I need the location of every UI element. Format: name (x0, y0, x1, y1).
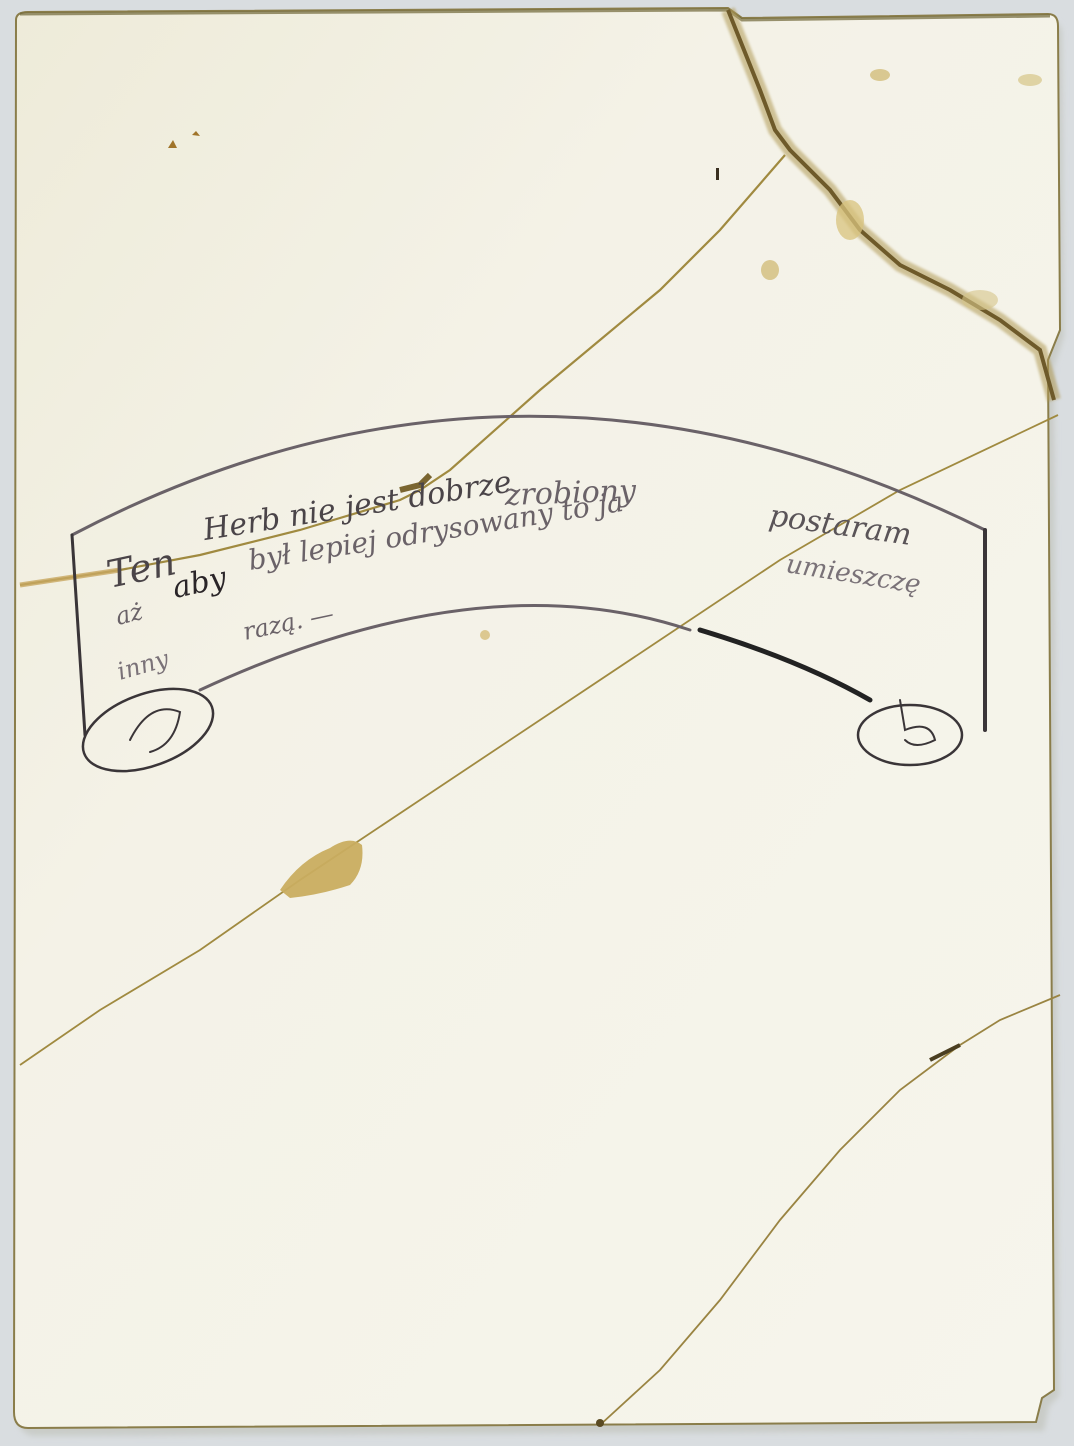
photo-stage: Ten Herb nie jest dobrze zrobiony postar… (0, 0, 1074, 1446)
porcelain-plaque: Ten Herb nie jest dobrze zrobiony postar… (0, 0, 1074, 1446)
